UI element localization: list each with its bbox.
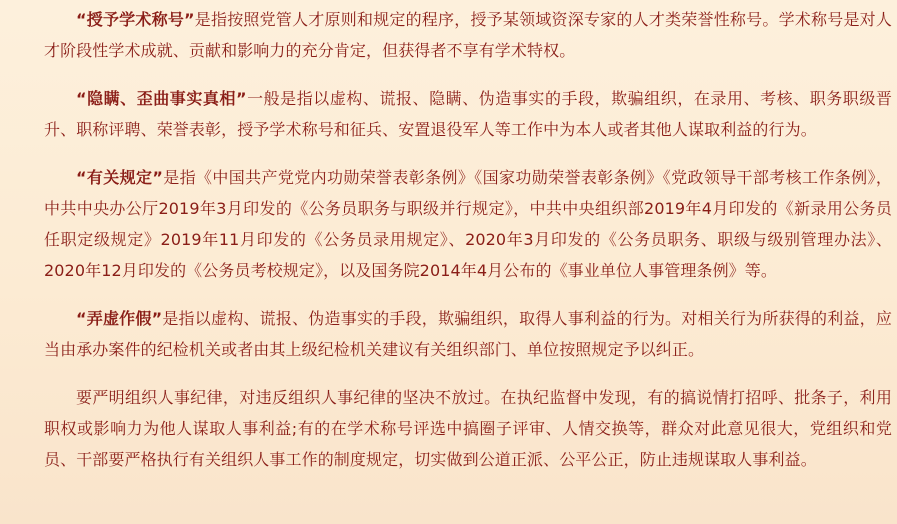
- term-relevant-regulations: “有关规定”: [76, 168, 163, 187]
- paragraph-discipline-summary: 要严明组织人事纪律，对违反组织人事纪律的坚决不放过。在执纪监督中发现，有的搞说情…: [44, 382, 892, 475]
- definition-falsification: 是指以虚构、谎报、伪造事实的手段，欺骗组织，取得人事利益的行为。对相关行为所获得…: [44, 309, 892, 359]
- paragraph-academic-title: “授予学术称号”是指按照党管人才原则和规定的程序，授予某领域资深专家的人才类荣誉…: [44, 4, 892, 66]
- summary-text: 要严明组织人事纪律，对违反组织人事纪律的坚决不放过。在执纪监督中发现，有的搞说情…: [44, 388, 892, 469]
- article-body: “授予学术称号”是指按照党管人才原则和规定的程序，授予某领域资深专家的人才类荣誉…: [44, 4, 892, 492]
- term-academic-title: “授予学术称号”: [76, 10, 195, 29]
- paragraph-falsification: “弄虚作假”是指以虚构、谎报、伪造事实的手段，欺骗组织，取得人事利益的行为。对相…: [44, 303, 892, 365]
- paragraph-relevant-regulations: “有关规定”是指《中国共产党党内功勋荣誉表彰条例》《国家功勋荣誉表彰条例》《党政…: [44, 162, 892, 286]
- term-falsification: “弄虚作假”: [76, 309, 162, 328]
- paragraph-concealing-facts: “隐瞒、歪曲事实真相”一般是指以虚构、谎报、隐瞒、伪造事实的手段，欺骗组织，在录…: [44, 83, 892, 145]
- definition-relevant-regulations: 是指《中国共产党党内功勋荣誉表彰条例》《国家功勋荣誉表彰条例》《党政领导干部考核…: [44, 168, 892, 280]
- term-concealing-facts: “隐瞒、歪曲事实真相”: [76, 89, 247, 108]
